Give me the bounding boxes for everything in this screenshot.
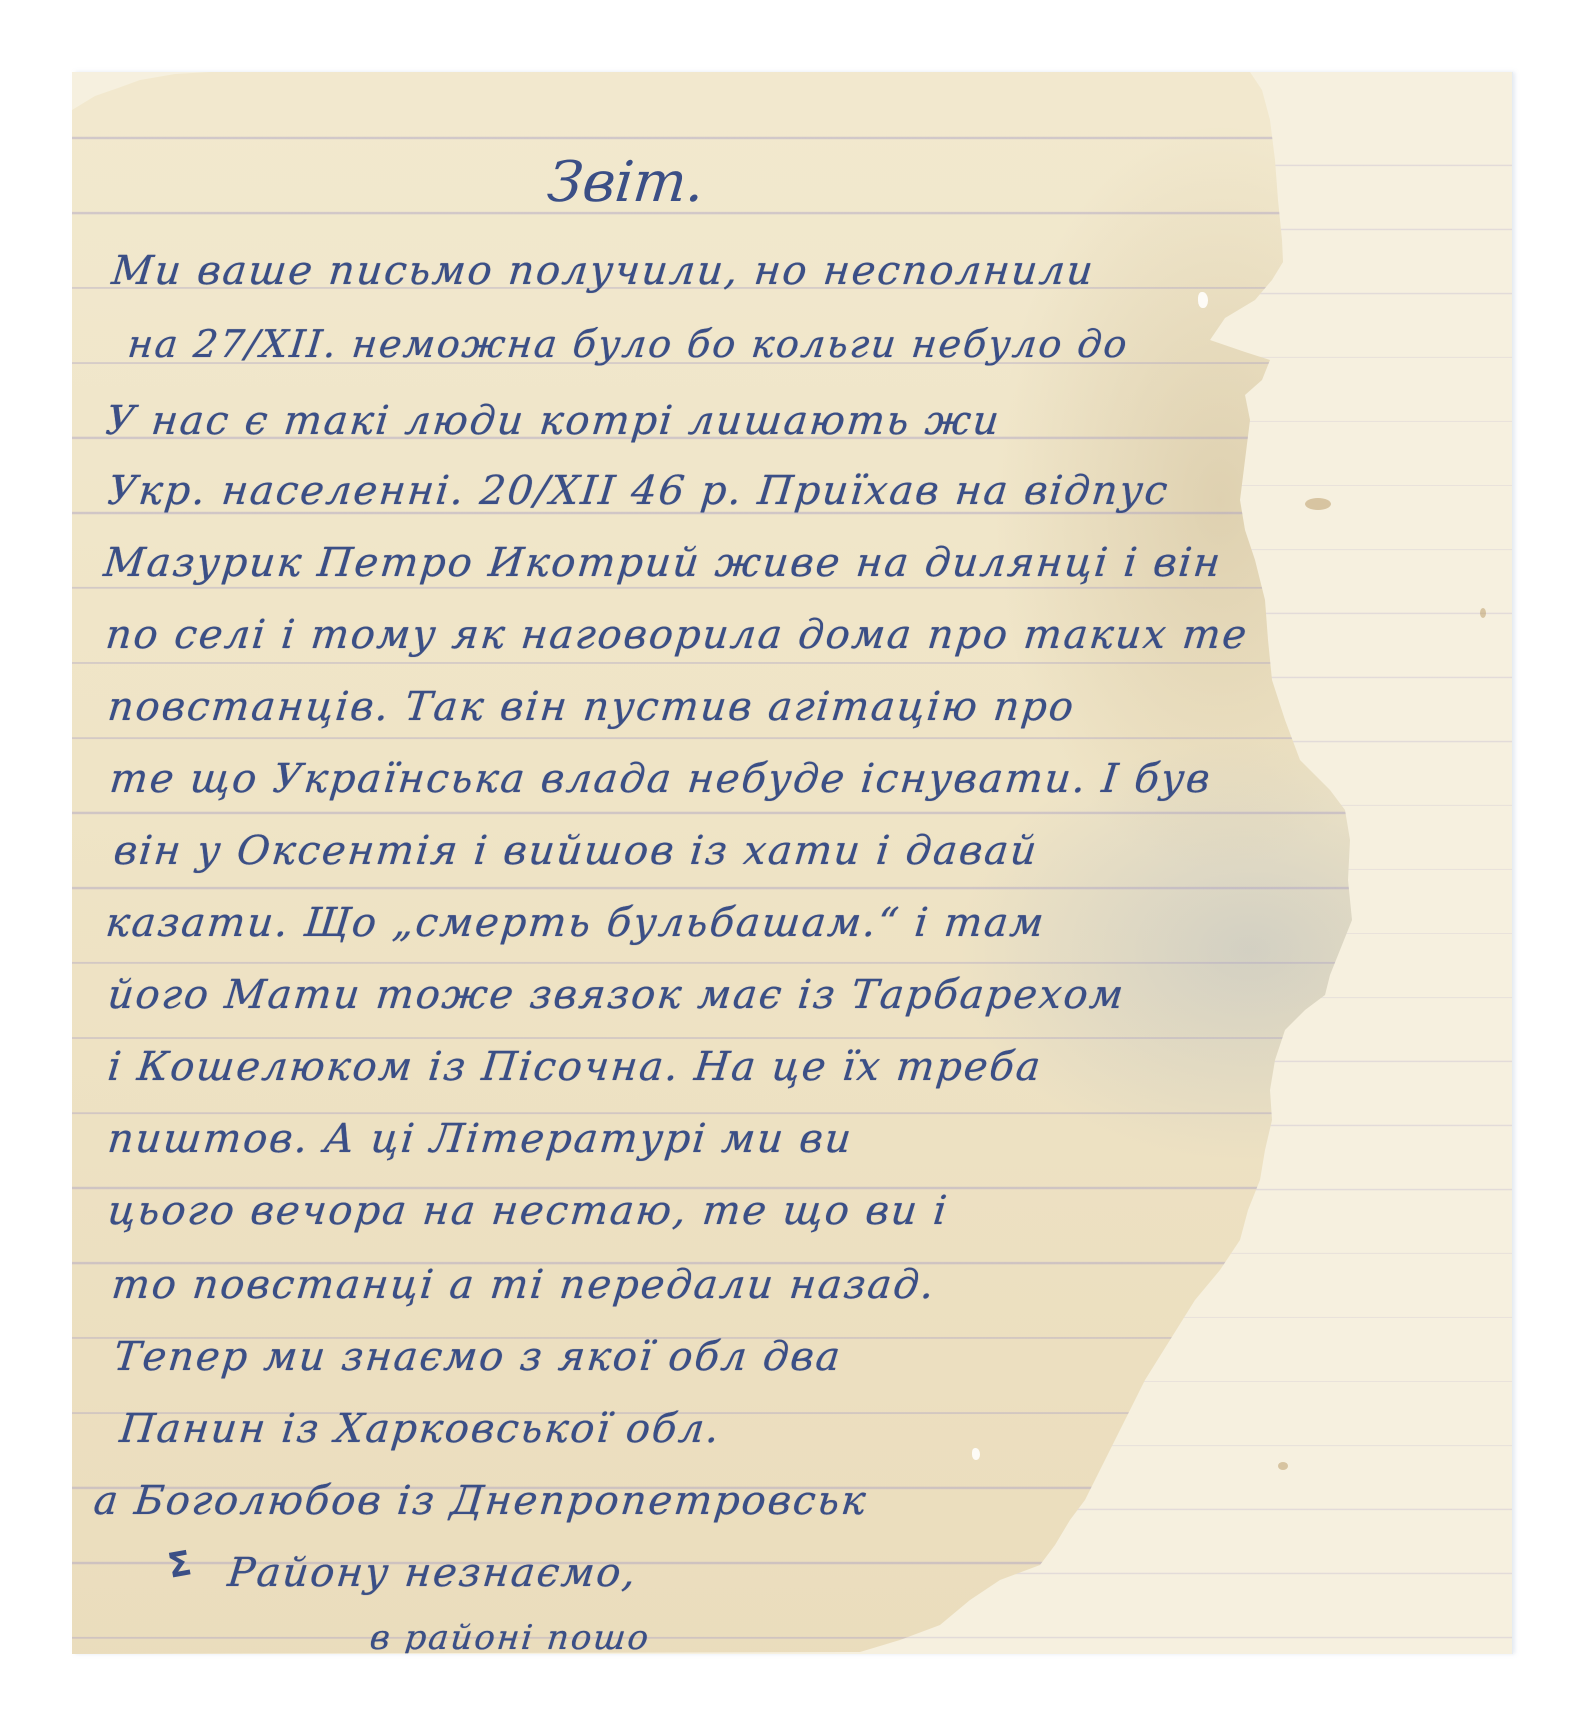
stain-spot xyxy=(1278,1462,1288,1470)
stain-spot xyxy=(1480,608,1486,618)
text-line-10: казати. Що „смерть бульбашам.“ і там xyxy=(104,900,1048,946)
text-line-11: його Мати тоже звязок має із Тарбарехом xyxy=(106,972,1128,1018)
text-line-7: повстанців. Так він пустив агітацію про xyxy=(106,684,1078,730)
stain-spot xyxy=(1305,498,1331,510)
paper-hole xyxy=(972,1448,980,1460)
text-line-19: Району незнаємо, xyxy=(226,1550,640,1596)
text-line-16: Тепер ми знаємо з якої обл два xyxy=(112,1334,845,1380)
text-line-2: на 27/XII. неможна було бо кольги небуло… xyxy=(126,322,1131,366)
text-line-14: цього вечора на нестаю, те що ви і xyxy=(106,1188,951,1234)
text-line-17: Панин із Харковської обл. xyxy=(118,1406,724,1452)
text-line-15: то повстанці а ті передали назад. xyxy=(110,1262,938,1308)
text-line-13: пиштов. А ці Літературі ми ви xyxy=(106,1116,856,1162)
text-line-4: Укр. населенні. 20/XII 46 р. Приїхав на … xyxy=(106,468,1172,514)
text-line-18: а Боголюбов із Днепропетровськ xyxy=(92,1478,870,1524)
text-line-3: У нас є такі люди котрі лишають жи xyxy=(104,398,1003,444)
text-line-6: по селі і тому як наговорила дома про та… xyxy=(104,612,1251,658)
paper-hole xyxy=(1198,292,1208,308)
text-line-20: в районі пошо xyxy=(368,1618,652,1658)
text-line-9: він у Оксентія і вийшов із хати і давай xyxy=(112,828,1041,874)
text-line-1: Ми ваше письмо получили, но несполнили xyxy=(110,248,1097,294)
text-line-8: те що Українська влада небуде існувати. … xyxy=(108,756,1214,802)
text-line-5: Мазурик Петро Икотрий живе на дилянці і … xyxy=(102,540,1225,586)
document-title: Звіт. xyxy=(545,150,708,215)
text-line-12: і Кошелюком із Пісочна. На це їх треба xyxy=(106,1044,1045,1090)
